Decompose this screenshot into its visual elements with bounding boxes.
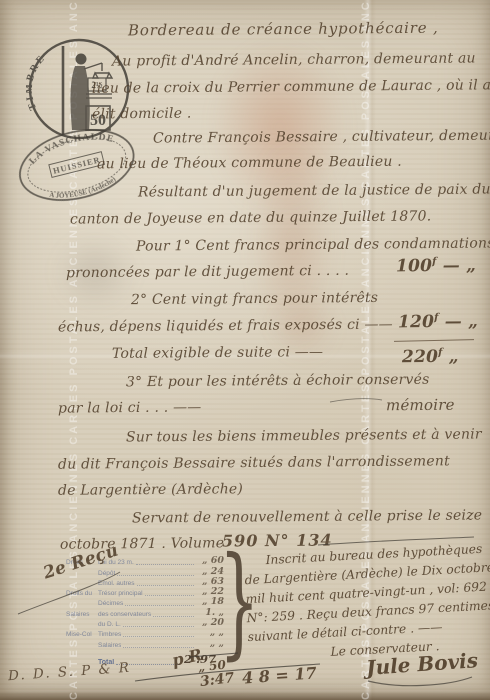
result-note: 3:47 [199, 670, 235, 690]
scales-icon [84, 63, 112, 78]
fee-label: Décimes [98, 600, 123, 607]
script-line: lieu de la croix du Perrier commune de L… [92, 77, 490, 97]
script-line: Total exigible de suite ci —— [112, 344, 323, 362]
fee-group-label: Salaires [66, 611, 98, 618]
fee-group-label: Droits du [66, 590, 98, 597]
fee-label: Dépôt [98, 570, 115, 577]
amount-tail: — „ [437, 256, 477, 276]
calc-note: 4 8 = 17 [241, 663, 317, 687]
fee-label: du D. L. [98, 621, 121, 628]
fee-dots [123, 636, 194, 637]
memoire-note: mémoire [386, 396, 455, 415]
script-line: 2° Cent vingt francs pour intérêts [131, 290, 378, 308]
timbre-side-label: TIMBRE [26, 52, 48, 111]
initials-note: D. D. S. P & R [8, 660, 132, 685]
fee-table-rows: DroitsLoi du 23 m.„ 60Dépôt„ 24Emol. aut… [66, 556, 224, 649]
script-line: échus, dépens liquidés et frais exposés … [58, 317, 393, 336]
total-rule [394, 339, 474, 342]
script-line: Contre François Bessaire , cultivateur, … [153, 127, 490, 146]
paper-bottom-edge [0, 691, 490, 700]
amount-value: 100 [396, 256, 432, 276]
amount-100: 100f — „ [396, 256, 476, 277]
script-line: prononcées par le dit jugement ci . . . … [66, 263, 349, 281]
script-line: Pour 1° Cent francs principal des condam… [136, 235, 490, 254]
amount-value: 220 [402, 347, 438, 367]
amount-220: 220f „ [402, 347, 459, 367]
fee-label: Emol. autres [98, 580, 135, 587]
script-line: par la loi ci . . . —— [58, 399, 202, 416]
amount-value: 120 [398, 312, 434, 332]
fee-label: des conservateurs [98, 611, 151, 618]
script-line: élit domicile . [92, 106, 192, 123]
fee-dots [123, 626, 194, 627]
script-line: au lieu de Théoux commune de Beaulieu . [97, 154, 402, 173]
fee-dots [137, 585, 195, 586]
amount-tail: „ [443, 347, 459, 367]
fee-label: Trésor principal [98, 590, 143, 597]
amount-tail: — „ [439, 312, 479, 332]
script-line: Servant de renouvellement à celle prise … [132, 507, 482, 526]
amount-120: 120f — „ [398, 312, 478, 333]
fee-label: Timbres [98, 631, 121, 638]
fee-group-label: Mise-Col [66, 631, 98, 638]
script-line: Résultant d'un jugement de la justice de… [138, 181, 490, 200]
fee-dots [125, 605, 194, 606]
fee-dots [145, 595, 194, 596]
justice-head [76, 54, 87, 65]
registration-note: Inscrit au bureau des hypothèques de Lar… [243, 540, 487, 666]
fee-dots [117, 575, 194, 576]
fee-dots [153, 616, 194, 617]
memoire-dash [330, 399, 382, 402]
script-line: canton de Joyeuse en date du quinze Juil… [70, 208, 431, 227]
script-line: du dit François Bessaire situés dans l'a… [58, 453, 450, 472]
fee-dots [136, 564, 194, 565]
script-line: Sur tous les biens immeubles présents et… [126, 426, 482, 445]
fee-label: Salaires [98, 642, 121, 649]
script-line: de Largentière (Ardèche) [58, 481, 243, 499]
script-line: 3° Et pour les intérêts à échoir conserv… [126, 372, 430, 391]
script-line: Au profit d'André Ancelin, charron, deme… [112, 50, 476, 69]
script-line-title: Bordereau de créance hypothécaire , [128, 19, 439, 40]
document-scan: CARTES POSTALES ANCIENNES CARTES POSTALE… [0, 0, 490, 700]
